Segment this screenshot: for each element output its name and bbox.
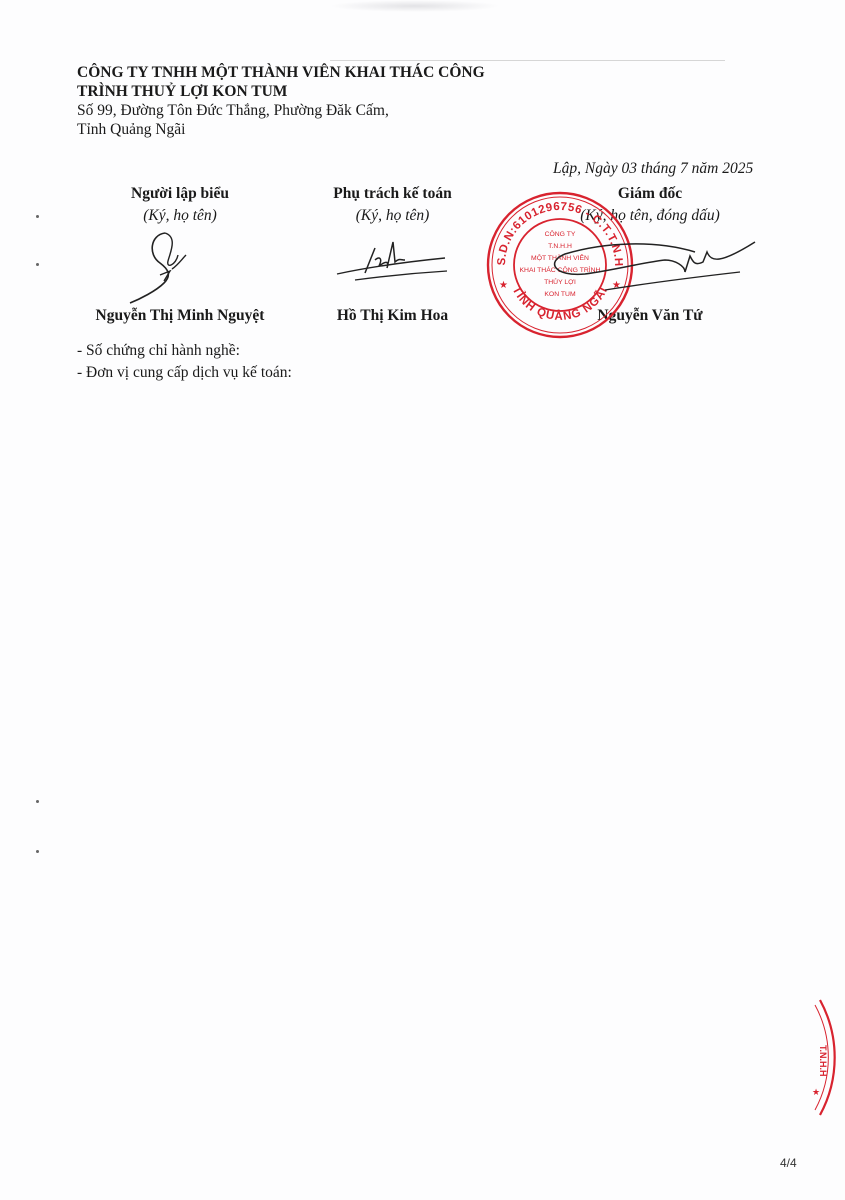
scan-dot: [36, 263, 39, 266]
page-number: 4/4: [780, 1156, 797, 1170]
note-practice-certificate: - Số chứng chỉ hành nghề:: [77, 340, 292, 362]
scan-dot: [36, 215, 39, 218]
notes-list: - Số chứng chỉ hành nghề: - Đơn vị cung …: [77, 340, 292, 384]
signature-preparer-icon: [120, 225, 210, 305]
signatory-name: Nguyễn Thị Minh Nguyệt: [70, 307, 290, 325]
company-address-line1: Số 99, Đường Tôn Đức Thắng, Phường Đăk C…: [77, 101, 485, 120]
date-line: Lập, Ngày 03 tháng 7 năm 2025: [553, 160, 753, 178]
header-rule: [330, 60, 725, 61]
signatory-role: Người lập biểu: [70, 185, 290, 203]
signatory-hint: (Ký, họ tên): [70, 207, 290, 225]
company-name-line2: TRÌNH THUỶ LỢI KON TUM: [77, 82, 485, 101]
scan-artifact: [330, 0, 500, 12]
svg-text:★: ★: [499, 280, 508, 291]
signature-accountant-icon: [335, 238, 455, 283]
company-name-line1: CÔNG TY TNHH MỘT THÀNH VIÊN KHAI THÁC CÔ…: [77, 63, 485, 82]
company-header: CÔNG TY TNHH MỘT THÀNH VIÊN KHAI THÁC CÔ…: [77, 63, 485, 139]
scan-dot: [36, 800, 39, 803]
svg-text:T.N.H.H: T.N.H.H: [818, 1045, 828, 1077]
scan-dot: [36, 850, 39, 853]
note-accounting-service-provider: - Đơn vị cung cấp dịch vụ kế toán:: [77, 362, 292, 384]
signatory-name: Hồ Thị Kim Hoa: [315, 307, 470, 325]
signatory-hint: (Ký, họ tên): [315, 207, 470, 225]
signatory-chief-accountant: Phụ trách kế toán (Ký, họ tên) Hồ Thị Ki…: [315, 185, 470, 225]
company-address-line2: Tỉnh Quảng Ngãi: [77, 120, 485, 139]
svg-text:★: ★: [812, 1087, 820, 1097]
signatory-preparer: Người lập biểu (Ký, họ tên) Nguyễn Thị M…: [70, 185, 290, 225]
partial-seal-icon: T.N.H.H ★: [790, 995, 845, 1120]
signature-director-icon: [545, 232, 765, 302]
signatory-role: Phụ trách kế toán: [315, 185, 470, 203]
